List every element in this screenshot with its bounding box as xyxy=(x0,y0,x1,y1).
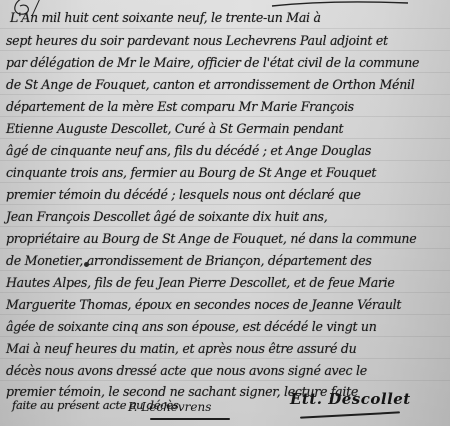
ruled-line xyxy=(0,226,450,227)
record-line-4: de St Ange de Fouquet, canton et arrondi… xyxy=(6,77,414,92)
ruled-line xyxy=(0,204,450,205)
ruled-line xyxy=(0,380,450,381)
record-line-5: département de la mère Est comparu Mr Ma… xyxy=(6,99,354,114)
record-line-6: Etienne Auguste Descollet, Curé à St Ger… xyxy=(6,121,343,136)
ruled-line xyxy=(0,336,450,337)
ruled-line xyxy=(0,94,450,95)
record-line-2: sept heures du soir pardevant nous Leche… xyxy=(6,33,388,48)
record-line-9: premier témoin du décédé ; lesquels nous… xyxy=(6,187,361,202)
signature-left-underline xyxy=(150,418,230,420)
ruled-line xyxy=(0,292,450,293)
ruled-line xyxy=(0,50,450,51)
record-line-13: Hautes Alpes, fils de feu Jean Pierre De… xyxy=(6,275,395,290)
record-line-10: Jean François Descollet âgé de soixante … xyxy=(6,209,327,224)
record-line-17: décès nous avons dressé acte que nous av… xyxy=(6,363,367,378)
record-line-8: cinquante trois ans, fermier au Bourg de… xyxy=(6,165,376,180)
record-line-7: âgé de cinquante neuf ans, fils du décéd… xyxy=(6,143,371,158)
document-page: L'An mil huit cent soixante neuf, le tre… xyxy=(0,0,450,426)
record-line-1: L'An mil huit cent soixante neuf, le tre… xyxy=(10,10,321,25)
signature-right: Ett. Descollet xyxy=(290,390,411,408)
ruled-line xyxy=(0,314,450,315)
ruled-line xyxy=(0,160,450,161)
record-line-11: propriétaire au Bourg de St Ange de Fouq… xyxy=(6,231,416,246)
record-line-15: âgée de soixante cinq ans son épouse, es… xyxy=(6,319,377,334)
ruled-line xyxy=(0,358,450,359)
record-line-3: par délégation de Mr le Maire, officier … xyxy=(6,55,419,70)
ruled-line xyxy=(0,270,450,271)
ruled-line xyxy=(0,182,450,183)
record-line-12: de Monetier, arrondissement de Briançon,… xyxy=(6,253,372,268)
ruled-line xyxy=(0,138,450,139)
record-line-16: Mai à neuf heures du matin, et après nou… xyxy=(6,341,356,356)
signature-right-underline xyxy=(300,411,400,418)
ink-blot xyxy=(84,262,89,267)
ruled-line xyxy=(0,248,450,249)
ruled-line xyxy=(0,72,450,73)
record-line-14: Marguerite Thomas, époux en secondes noc… xyxy=(6,297,401,312)
ruled-line xyxy=(0,28,450,29)
ruled-line xyxy=(0,116,450,117)
signature-left: P. Lechevrens xyxy=(128,400,211,414)
